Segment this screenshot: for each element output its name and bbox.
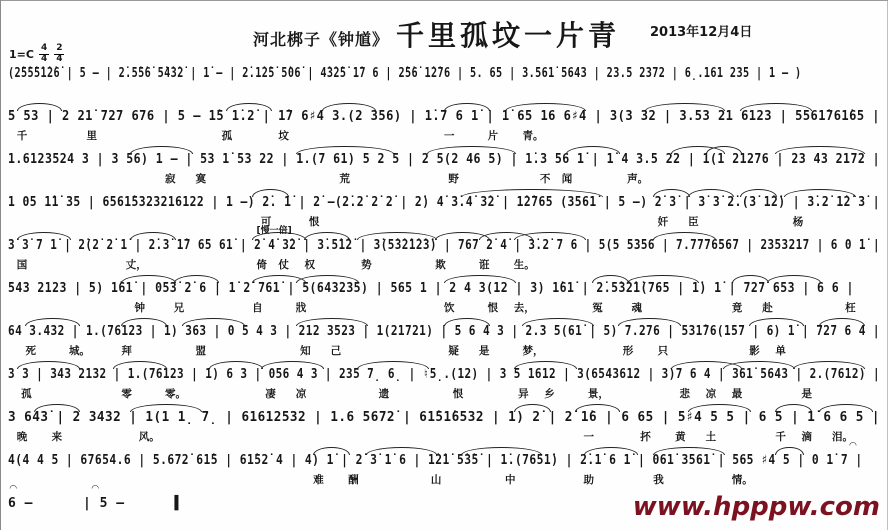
lyric-syllable: 助 bbox=[584, 472, 595, 487]
lyric-syllable: 我 bbox=[653, 472, 664, 487]
lyric-syllable: 杨 bbox=[793, 214, 804, 229]
lyric-syllable: 片 bbox=[488, 128, 499, 143]
lyric-syllable: 坟 bbox=[278, 128, 289, 143]
lyric-syllable: 闻 bbox=[562, 171, 573, 186]
jianpu-notes: 6 – | 5 – ▌ bbox=[8, 497, 183, 510]
music-system-8: 3 3 | 343 2132 | 1.(76123 | 1) 6 3 | 056… bbox=[8, 363, 880, 405]
lyric-syllable: 荒 bbox=[339, 171, 350, 186]
music-system-7: 64 3.432 | 1.(76123 | 1) 363 | 0 5 4 3 |… bbox=[8, 320, 880, 362]
jianpu-notes: 1.6123524 3 | 3 56) 1 – | 53 1̇ 53 22 | … bbox=[8, 153, 880, 166]
lyric-syllable: 乡 bbox=[544, 386, 555, 401]
music-system-4: 1 05 1̇1̇ 35 | 6561̇5323216122 | 1 –) 2̇… bbox=[8, 191, 880, 233]
lyric-syllable: 影 bbox=[749, 343, 760, 358]
music-system-10: 4(4 4 5 | 67654.6 | 5.672̇ 61̇5 | 61̇52̇… bbox=[8, 449, 880, 491]
lyric-syllable: 兄 bbox=[174, 300, 185, 315]
lyric-syllable: 景， bbox=[588, 386, 609, 401]
jianpu-notes: 543 2123 | 5) 1̇61̇ | 053̇ 2̇ 6 | 1̇ 2̇ … bbox=[8, 282, 854, 295]
lyric-syllable: 是 bbox=[802, 386, 813, 401]
lyric-syllable: 竟 bbox=[732, 300, 743, 315]
lyric-syllable: 己 bbox=[331, 343, 342, 358]
fermata-icon: ◠ bbox=[92, 485, 99, 494]
lyric-syllable: 凄 bbox=[265, 386, 276, 401]
lyric-syllable: 一 bbox=[584, 429, 595, 444]
lyric-syllable: 风。 bbox=[139, 429, 160, 444]
lyric-syllable: 权 bbox=[304, 257, 315, 272]
lyric-syllable: 酬 bbox=[348, 472, 359, 487]
lyric-syllable: 单 bbox=[775, 343, 786, 358]
lyric-syllable: 生。 bbox=[514, 257, 535, 272]
lyric-syllable: 零 bbox=[121, 386, 132, 401]
lyric-syllable: 倚 bbox=[257, 257, 268, 272]
lyric-syllable: 野 bbox=[448, 171, 459, 186]
music-systems: (2̇5̇5̇5̇1̇2̇6̇ | 5 – | 2̇.5̇5̇6̇ 5̇4̇3̇… bbox=[0, 0, 888, 530]
lyric-syllable: 情。 bbox=[732, 472, 753, 487]
lyric-syllable: 零。 bbox=[165, 386, 186, 401]
jianpu-notes: 4(4 4 5 | 67654.6 | 5.672̇ 61̇5 | 61̇52̇… bbox=[8, 454, 863, 467]
lyric-syllable: 滴 bbox=[802, 429, 813, 444]
lyric-syllable: 里 bbox=[86, 128, 97, 143]
lyric-syllable: 奸 bbox=[658, 214, 669, 229]
watermark-url: www.hpppw.com bbox=[633, 492, 880, 522]
lyric-syllable: 恨 bbox=[309, 214, 320, 229]
lyric-syllable: 枉 bbox=[845, 300, 856, 315]
lyric-syllable: 青。 bbox=[522, 128, 543, 143]
lyric-syllable: 千 bbox=[17, 128, 28, 143]
lyric-syllable: 饮 bbox=[444, 300, 455, 315]
music-system-6: 543 2123 | 5) 1̇61̇ | 053̇ 2̇ 6 | 1̇ 2̇ … bbox=[8, 277, 880, 319]
jianpu-notes: 5 53 | 2 21̇ 727 676 | 5 – 1̇5 1̇.2̇ | 1… bbox=[8, 110, 880, 123]
lyric-syllable: 势 bbox=[361, 257, 372, 272]
jianpu-notes: 64 3.432 | 1.(76123 | 1) 363 | 0 5 4 3 |… bbox=[8, 325, 880, 338]
music-system-1: (2̇5̇5̇5̇1̇2̇6̇ | 5 – | 2̇.5̇5̇6̇ 5̇4̇3̇… bbox=[8, 62, 880, 104]
lyric-syllable: 千 bbox=[775, 429, 786, 444]
lyric-syllable: 寂 bbox=[165, 171, 176, 186]
jianpu-notes: 3 643̇ | 2 3432 | 1(1 1̣ 7̣ | 61612532 |… bbox=[8, 411, 880, 424]
lyric-syllable: 丈， bbox=[126, 257, 147, 272]
lyric-syllable: 去， bbox=[514, 300, 535, 315]
jianpu-notes: 3 3 | 343 2132 | 1.(76123 | 1) 6 3 | 056… bbox=[8, 368, 880, 381]
lyric-syllable: 声。 bbox=[627, 171, 648, 186]
jianpu-notes: 1 05 1̇1̇ 35 | 6561̇5323216122 | 1 –) 2̇… bbox=[8, 196, 880, 209]
lyric-syllable: 戕 bbox=[296, 300, 307, 315]
lyric-syllable: 最 bbox=[732, 386, 743, 401]
lyric-syllable: 魂 bbox=[631, 300, 642, 315]
lyric-syllable: 拜 bbox=[121, 343, 132, 358]
lyric-syllable: 土 bbox=[706, 429, 717, 444]
lyric-syllable: 恨 bbox=[488, 300, 499, 315]
lyric-syllable: 欺 bbox=[435, 257, 446, 272]
music-system-9: 3 643̇ | 2 3432 | 1(1 1̣ 7̣ | 61612532 |… bbox=[8, 406, 880, 448]
fermata-icon: ◠ bbox=[10, 485, 17, 494]
lyric-syllable: 孤 bbox=[222, 128, 233, 143]
lyric-syllable: 异 bbox=[518, 386, 529, 401]
lyric-syllable: 冤 bbox=[592, 300, 603, 315]
lyric-syllable: 不 bbox=[540, 171, 551, 186]
lyric-syllable: 悲 bbox=[679, 386, 690, 401]
score-page: 河北梆子《钟馗》 千里孤坟一片青 2013年12月4日 1=C 4424 (2̇… bbox=[0, 0, 888, 530]
lyric-syllable: 中 bbox=[505, 472, 516, 487]
jianpu-notes: 3̇ 3̇ 7 1̇ | 2̇(2̇ 2̇ 1̇ | 2̇.3̇ 1̇7 65 … bbox=[8, 239, 880, 252]
lyric-syllable: 一 bbox=[444, 128, 455, 143]
music-system-5: 3̇ 3̇ 7 1̇ | 2̇(2̇ 2̇ 1̇ | 2̇.3̇ 1̇7 65 … bbox=[8, 234, 880, 276]
jianpu-notes: (2̇5̇5̇5̇1̇2̇6̇ | 5 – | 2̇.5̇5̇6̇ 5̇4̇3̇… bbox=[8, 67, 802, 80]
lyric-syllable: 是 bbox=[479, 343, 490, 358]
music-system-2: 5 53 | 2 21̇ 727 676 | 5 – 1̇5 1̇.2̇ | 1… bbox=[8, 105, 880, 147]
lyric-syllable: 形 bbox=[623, 343, 634, 358]
lyric-syllable: 凉 bbox=[706, 386, 717, 401]
lyric-syllable: 寞 bbox=[195, 171, 206, 186]
tempo-mark: [慢一倍] bbox=[257, 223, 292, 236]
lyric-syllable: 国 bbox=[17, 257, 28, 272]
lyric-syllable: 山 bbox=[431, 472, 442, 487]
lyric-syllable: 死 bbox=[25, 343, 36, 358]
lyric-syllable: 知 bbox=[300, 343, 311, 358]
lyric-syllable: 诳 bbox=[479, 257, 490, 272]
lyric-syllable: 凉 bbox=[296, 386, 307, 401]
music-system-3: 1.6123524 3 | 3 56) 1 – | 53 1̇ 53 22 | … bbox=[8, 148, 880, 190]
lyric-syllable: 抔 bbox=[640, 429, 651, 444]
lyric-syllable: 自 bbox=[252, 300, 263, 315]
lyric-syllable: 恨 bbox=[453, 386, 464, 401]
lyric-syllable: 难 bbox=[313, 472, 324, 487]
lyric-syllable: 晚 bbox=[17, 429, 28, 444]
lyric-syllable: 疑 bbox=[448, 343, 459, 358]
lyric-syllable: 来 bbox=[52, 429, 63, 444]
lyric-syllable: 遗 bbox=[379, 386, 390, 401]
lyric-syllable: 臣 bbox=[688, 214, 699, 229]
lyric-syllable: 孤 bbox=[21, 386, 32, 401]
lyric-syllable: 城。 bbox=[69, 343, 90, 358]
lyric-syllable: 赴 bbox=[762, 300, 773, 315]
lyric-syllable: 钟 bbox=[134, 300, 145, 315]
lyric-syllable: 梦， bbox=[522, 343, 543, 358]
lyric-syllable: 只 bbox=[658, 343, 669, 358]
fermata-icon: ◠ bbox=[849, 442, 856, 451]
lyric-syllable: 黄 bbox=[675, 429, 686, 444]
lyric-syllable: 盟 bbox=[195, 343, 206, 358]
lyric-syllable: 仗 bbox=[278, 257, 289, 272]
